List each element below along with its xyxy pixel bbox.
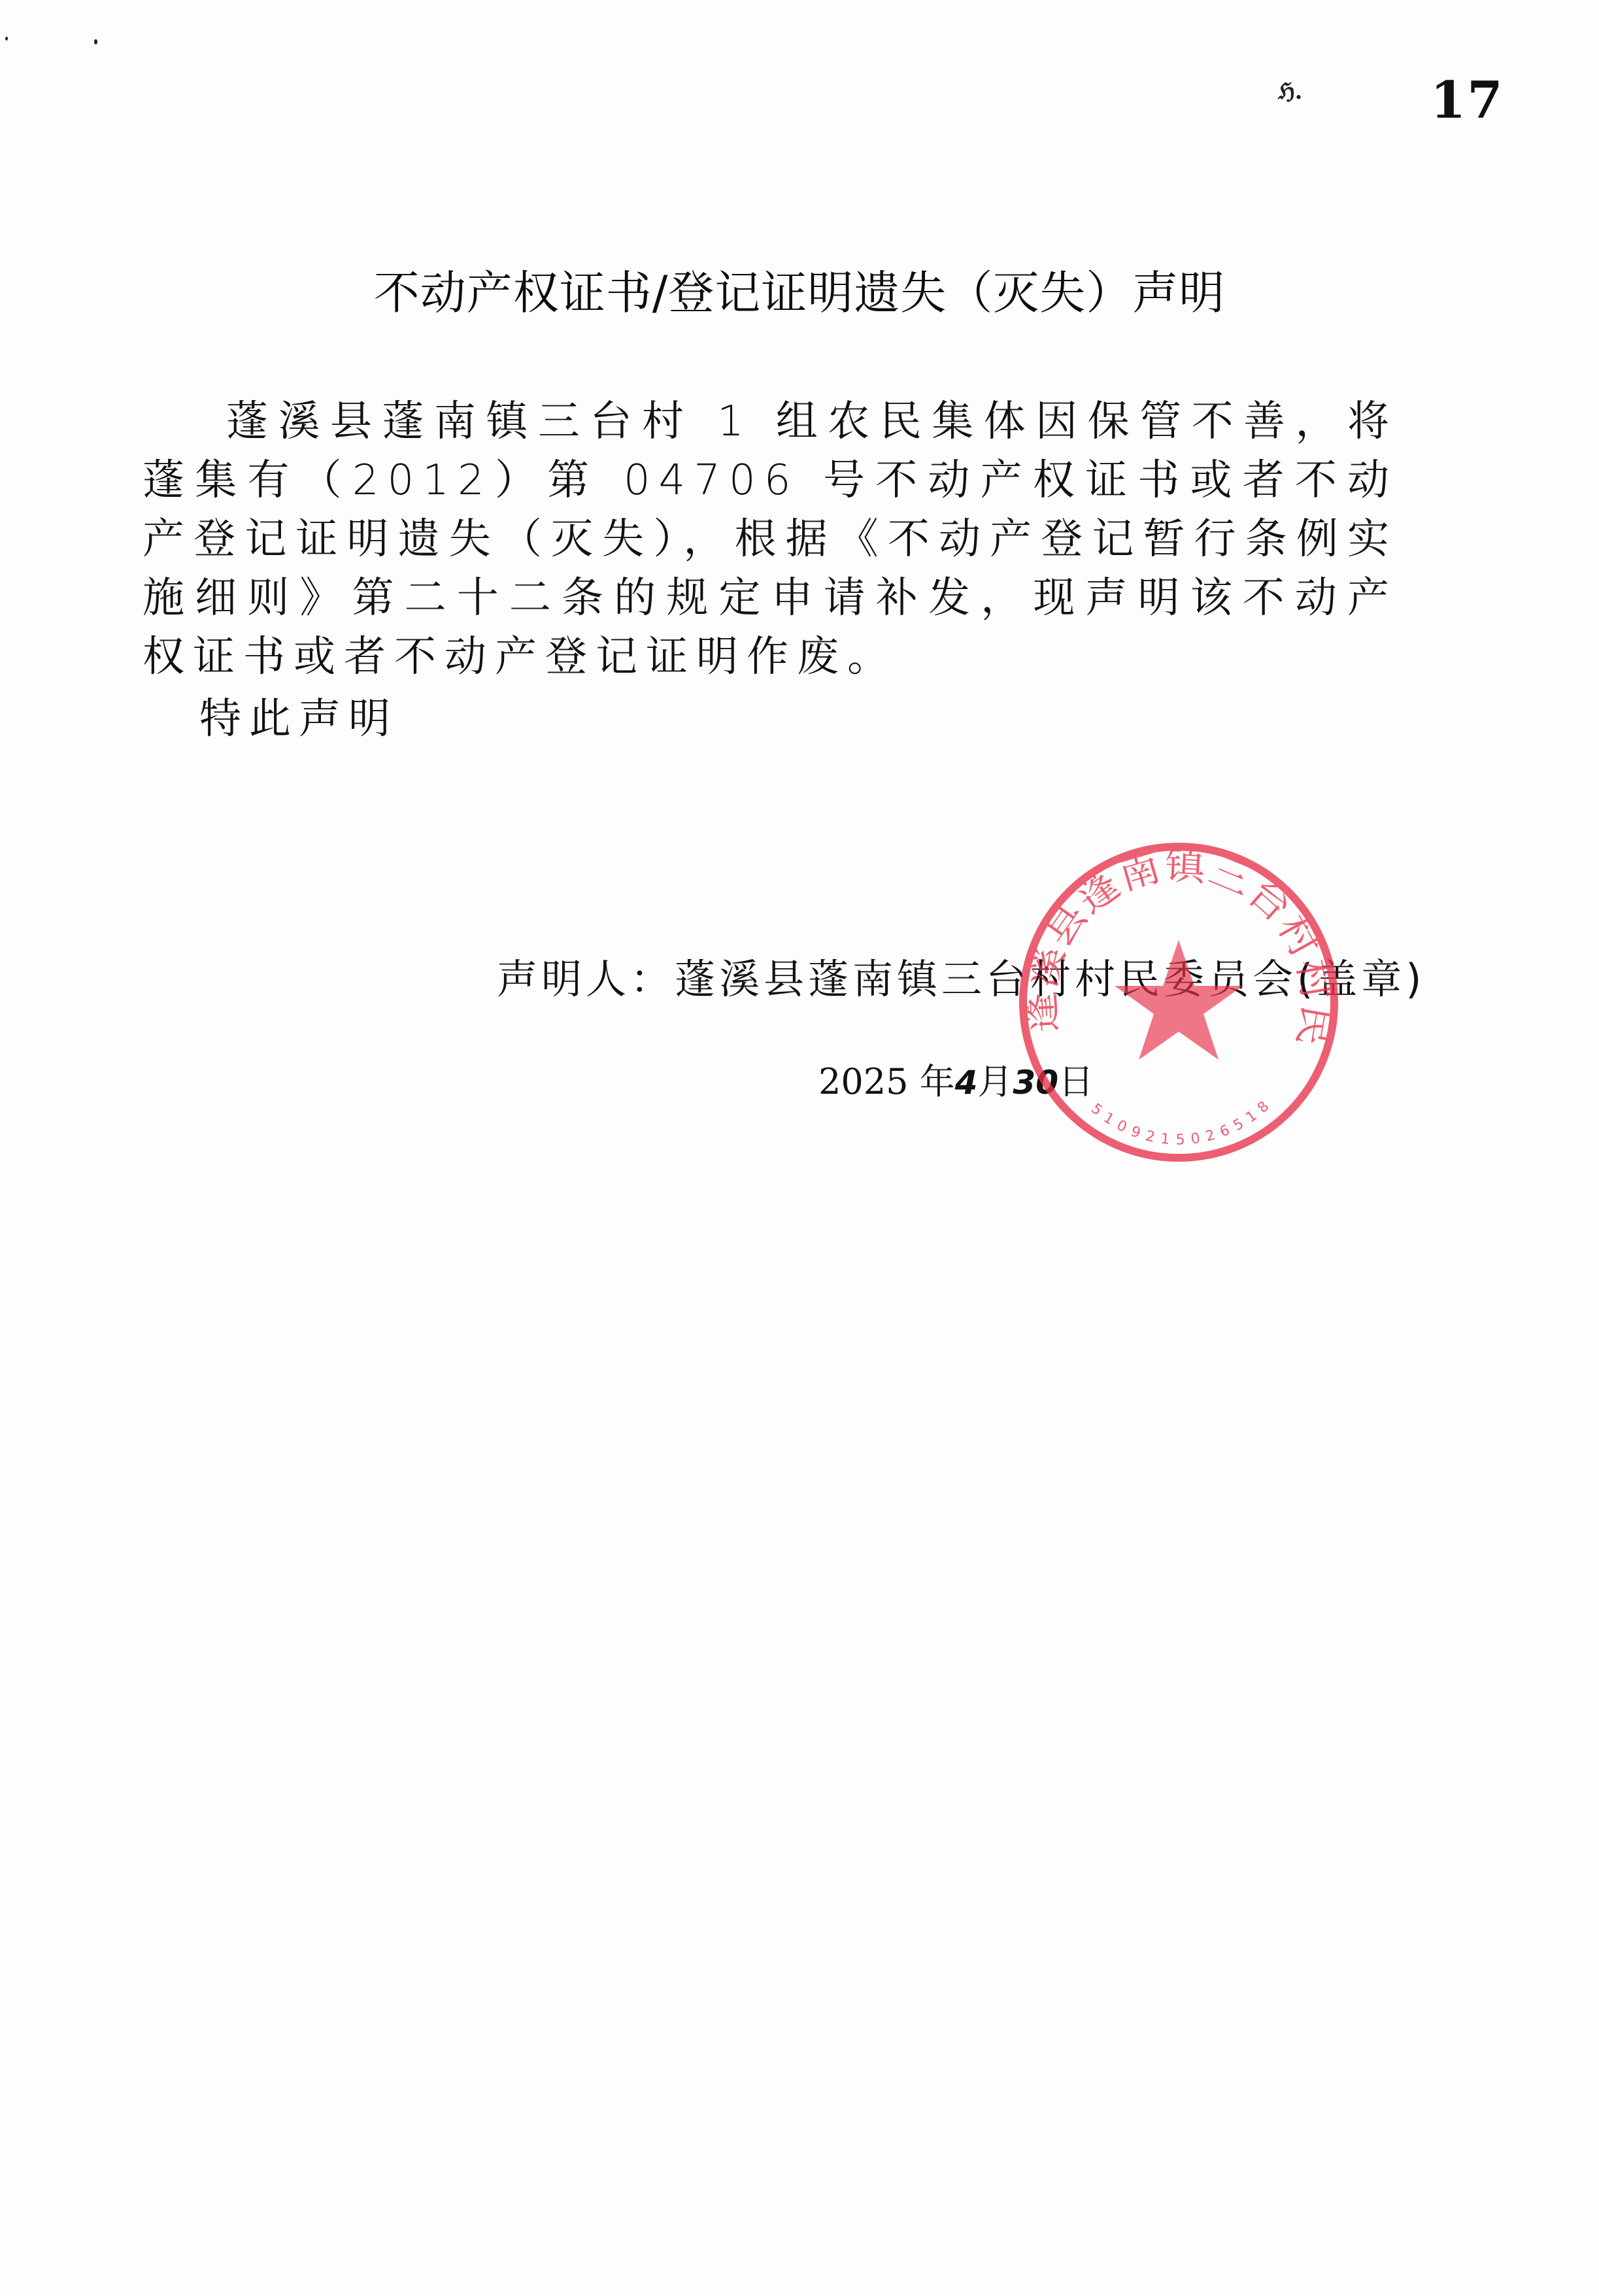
declaration-body: 蓬溪县蓬南镇三台村 1 组农民集体因保管不善，将蓬集有（2012）第 04706…	[143, 392, 1398, 686]
scan-speck	[5, 37, 8, 41]
declaration-date: 2025 年4月30日	[818, 1054, 1094, 1104]
scan-speck	[94, 39, 97, 44]
declarant-name: 蓬溪县蓬南镇三台村村民委员会	[675, 955, 1297, 1003]
date-day-unit: 日	[1058, 1061, 1094, 1102]
page-number: 17	[1430, 71, 1504, 130]
date-month-handwritten: 4	[955, 1064, 978, 1102]
date-year-unit: 年	[908, 1061, 954, 1102]
declaration-paragraph: 蓬溪县蓬南镇三台村 1 组农民集体因保管不善，将蓬集有（2012）第 04706…	[143, 392, 1398, 686]
page-mark: ℌ.	[1278, 78, 1303, 105]
seal-code-text: 5109215026518	[1088, 1094, 1277, 1148]
document-page: ℌ. 17 不动产权证书/登记证明遗失（灭失）声明 蓬溪县蓬南镇三台村 1 组农…	[0, 0, 1599, 2296]
declarant-line: 声明人：蓬溪县蓬南镇三台村村民委员会(盖章)	[497, 947, 1425, 1005]
seal-note: (盖章)	[1297, 955, 1425, 1003]
document-title: 不动产权证书/登记证明遗失（灭失）声明	[0, 256, 1599, 322]
date-month-unit: 月	[977, 1061, 1013, 1102]
declarant-label: 声明人：	[497, 955, 675, 1003]
seal-arc-text: 蓬溪县蓬南镇三台村村民委员会	[1012, 836, 1342, 1051]
closing-statement: 特此声明	[199, 685, 398, 745]
date-year: 2025	[818, 1061, 908, 1102]
date-day-handwritten: 30	[1013, 1064, 1058, 1102]
